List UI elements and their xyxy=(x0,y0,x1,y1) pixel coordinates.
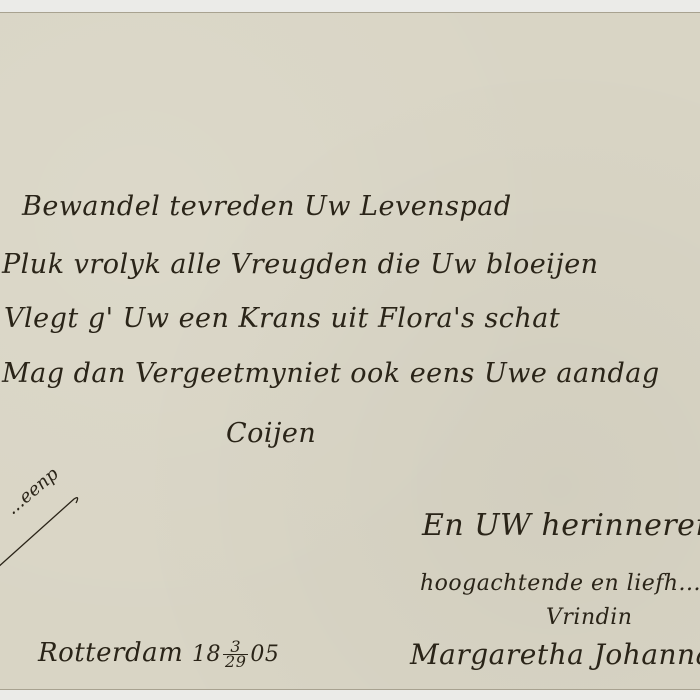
place-name: Rotterdam xyxy=(38,638,183,668)
year-suffix: 05 xyxy=(250,642,279,667)
verse-line-1: Bewandel tevreden Uw Levenspad xyxy=(22,191,512,222)
paper-sheet: Bewandel tevreden Uw Levenspad Pluk vrol… xyxy=(0,12,700,690)
closing-line-2: hoogachtende en liefh... xyxy=(420,571,700,596)
closing-line-3: Vrindin xyxy=(546,605,632,630)
date-denominator: 29 xyxy=(223,655,248,669)
closing-line-1: En UW herinneren xyxy=(422,508,700,543)
signature: Margaretha Johanna... xyxy=(410,638,700,671)
year-prefix: 18 xyxy=(192,642,221,667)
verse-line-2: Pluk vrolyk alle Vreugden die Uw bloeije… xyxy=(2,249,599,280)
verse-line-3: Vlegt g' Uw een Krans uit Flora's schat xyxy=(4,303,560,334)
place-date: Rotterdam 1832905 xyxy=(38,638,279,669)
verse-line-4: Mag dan Vergeetmyniet ook eens Uwe aanda… xyxy=(2,358,660,389)
verse-author: Coijen xyxy=(226,418,316,449)
date-fraction: 329 xyxy=(223,640,248,669)
